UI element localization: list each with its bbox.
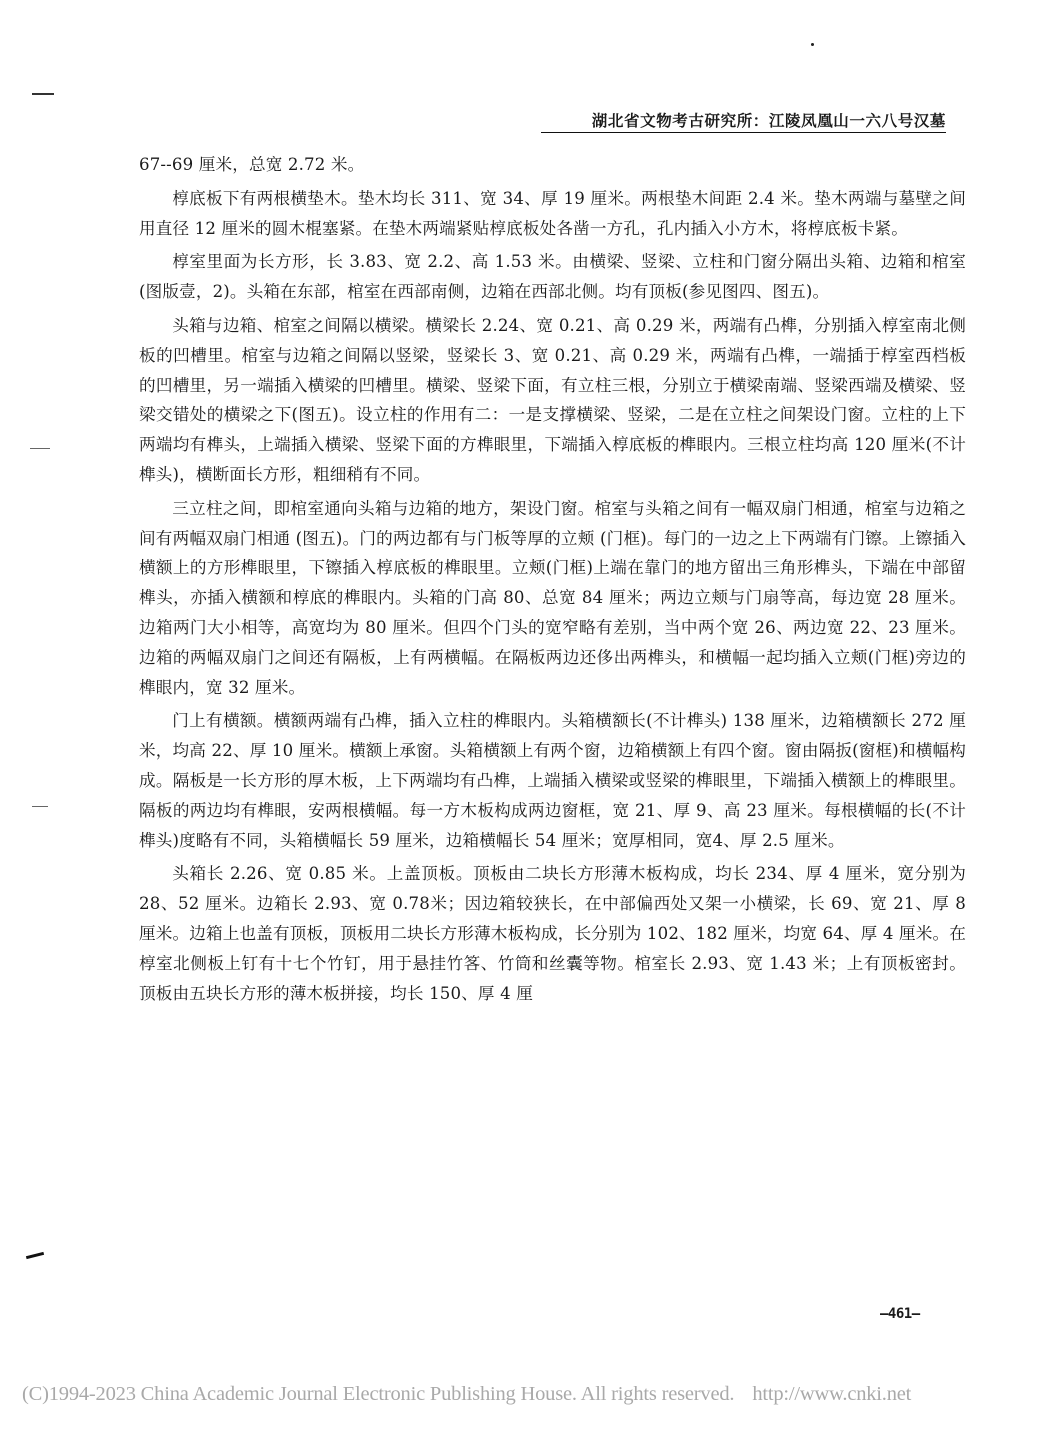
paragraph: 头箱长 2.26、宽 0.85 米。上盖顶板。顶板由二块长方形薄木板构成，均长 … — [139, 859, 966, 1008]
paragraph: 67--69 厘米，总宽 2.72 米。 — [139, 150, 966, 180]
paragraph: 椁室里面为长方形，长 3.83、宽 2.2、高 1.53 米。由横梁、竖梁、立柱… — [139, 247, 966, 307]
copyright-text: (C)1994-2023 China Academic Journal Elec… — [22, 1383, 734, 1405]
scan-margin-mark — [26, 1252, 44, 1259]
copyright-notice: (C)1994-2023 China Academic Journal Elec… — [22, 1383, 1022, 1406]
paragraph: 门上有横额。横额两端有凸榫，插入立柱的榫眼内。头箱横额长(不计榫头) 138 厘… — [139, 706, 966, 855]
paragraph: 三立柱之间，即棺室通向头箱与边箱的地方，架设门窗。棺室与头箱之间有一幅双扇门相通… — [139, 494, 966, 703]
scan-margin-mark — [32, 93, 54, 95]
scan-speck — [811, 43, 814, 46]
running-header: 湖北省文物考古研究所：江陵凤凰山一六八号汉墓 — [541, 112, 946, 133]
paragraph: 头箱与边箱、棺室之间隔以横梁。横梁长 2.24、宽 0.21、高 0.29 米，… — [139, 311, 966, 490]
scan-margin-mark — [32, 806, 48, 807]
article-body: 67--69 厘米，总宽 2.72 米。 椁底板下有两根横垫木。垫木均长 311… — [139, 150, 966, 1008]
paragraph: 椁底板下有两根横垫木。垫木均长 311、宽 34、厚 19 厘米。两根垫木间距 … — [139, 184, 966, 244]
source-url: http://www.cnki.net — [752, 1383, 911, 1405]
scan-margin-mark — [30, 448, 50, 449]
page-number: —461— — [880, 1306, 920, 1322]
